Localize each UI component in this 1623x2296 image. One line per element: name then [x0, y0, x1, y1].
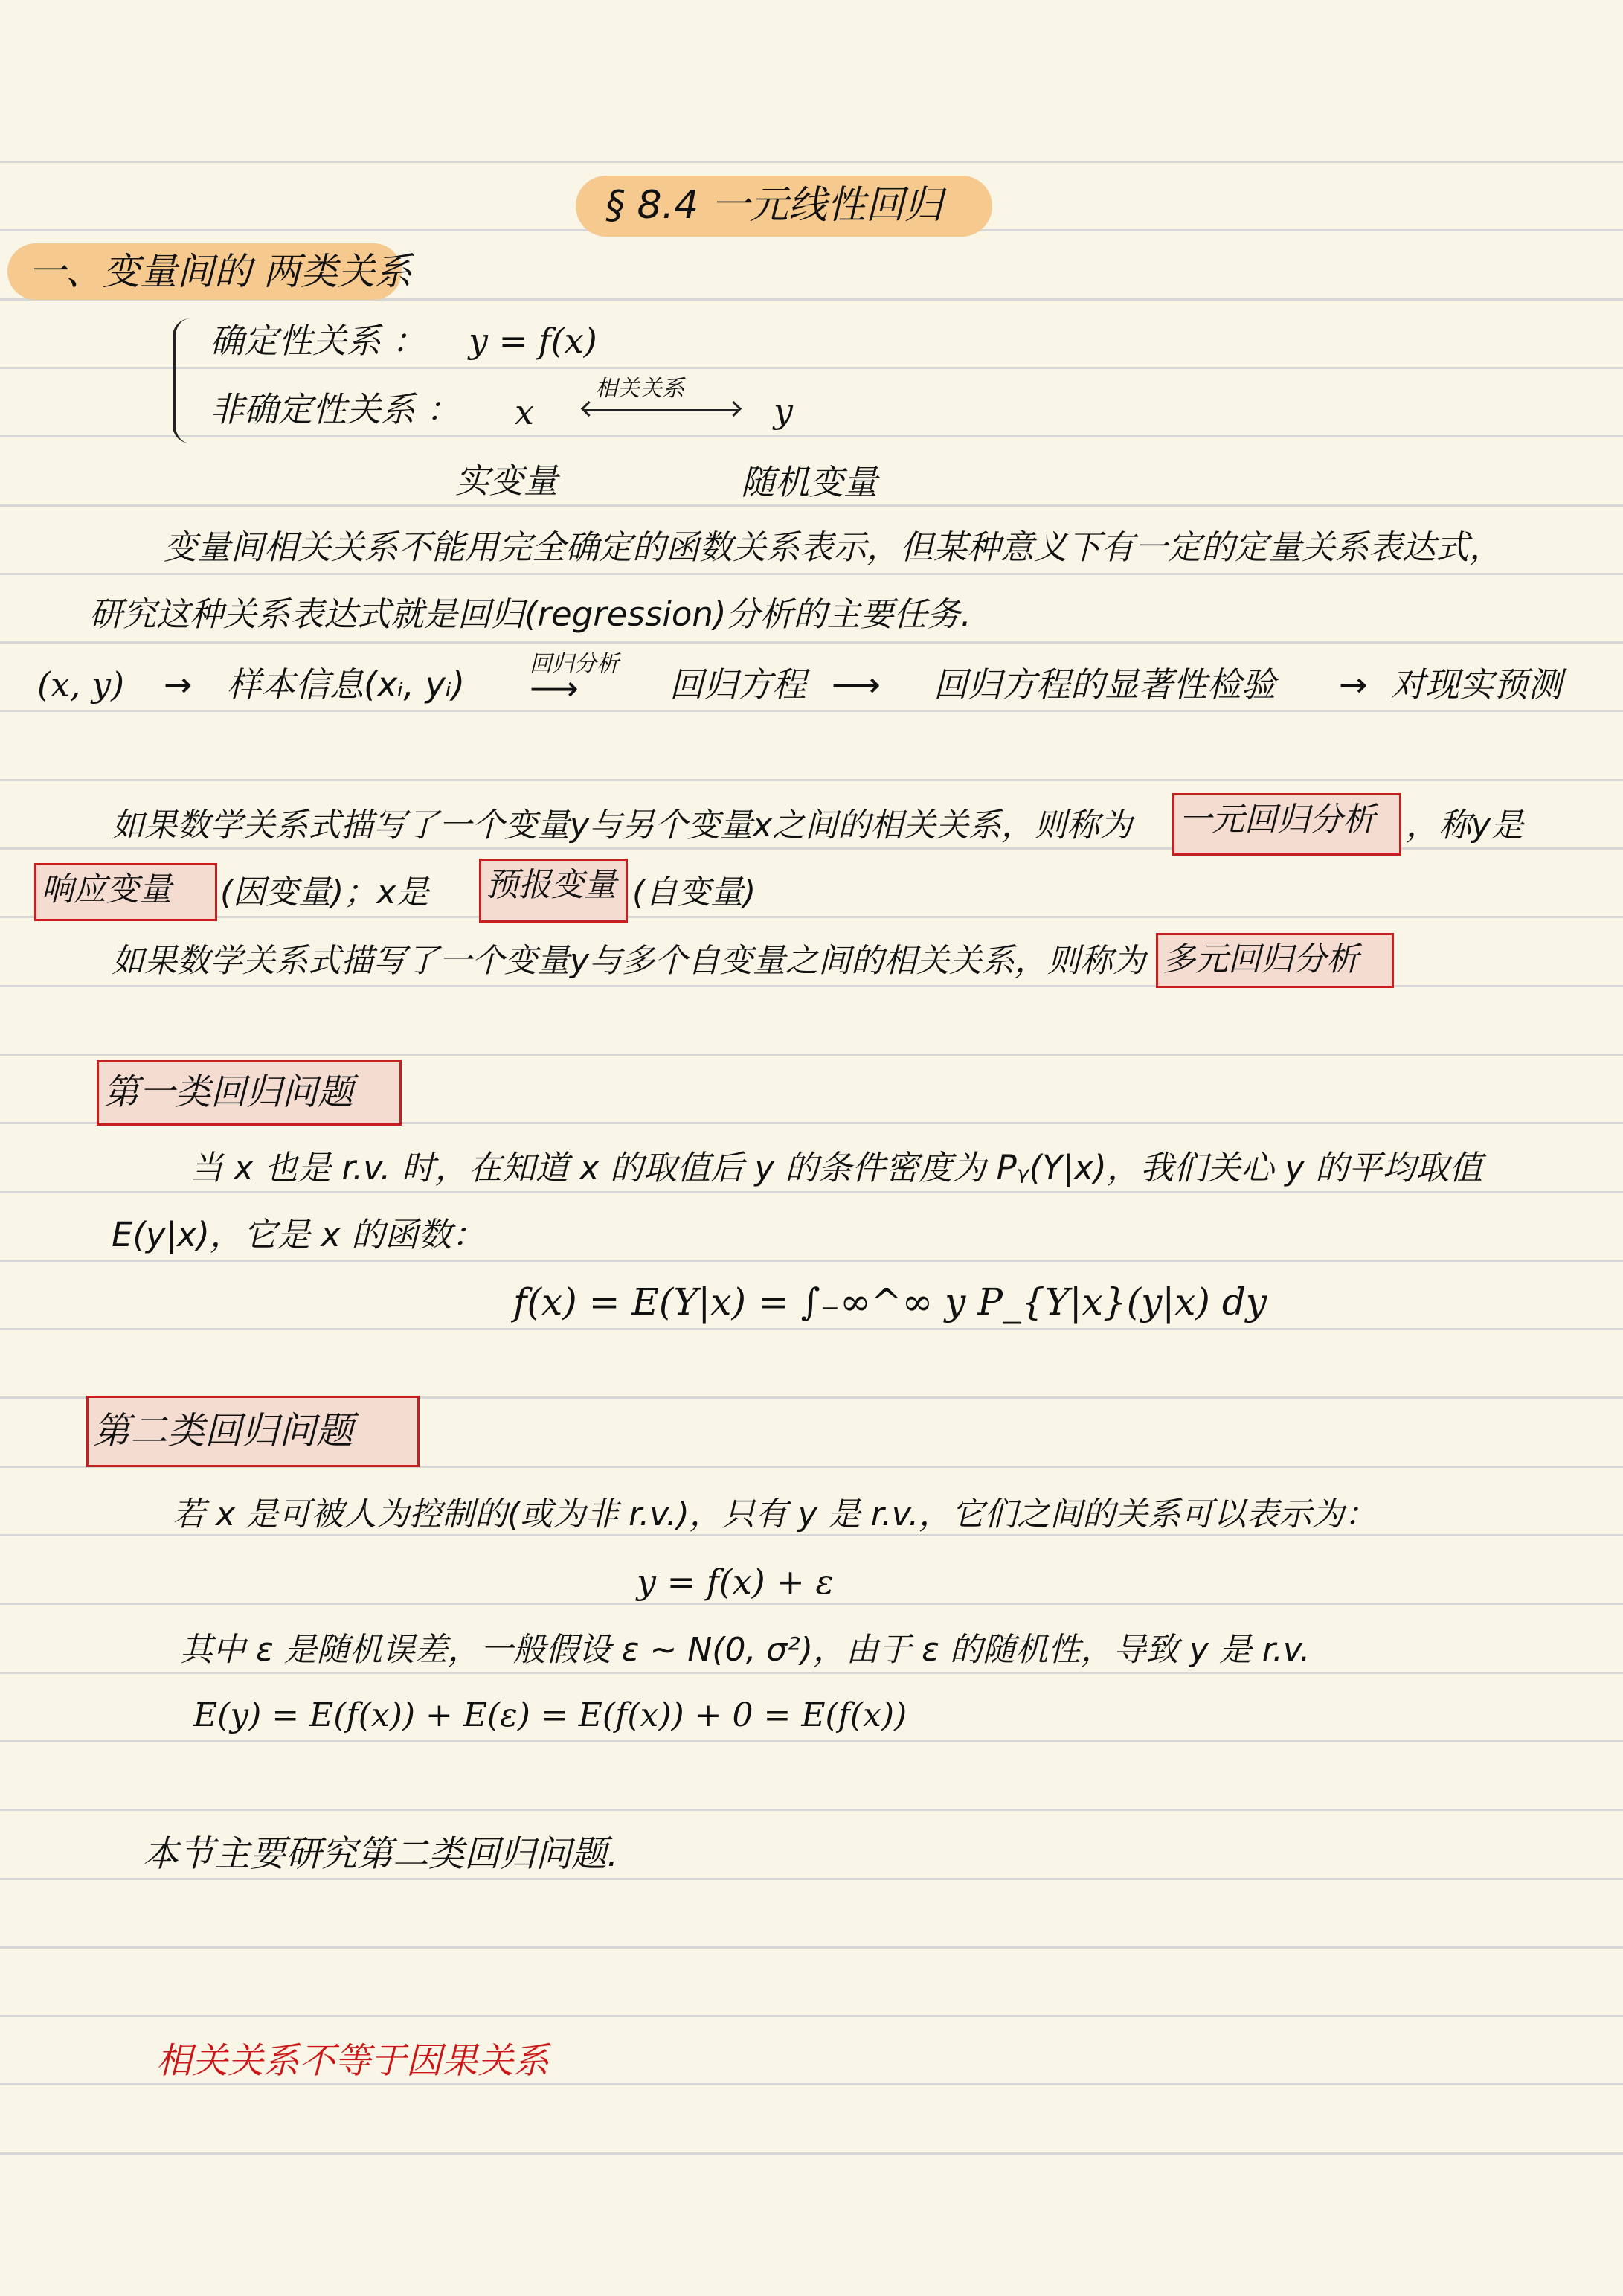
boxed-term-simple-regression: 一元回归分析 — [1172, 793, 1401, 856]
long-arrow-icon: ⟶ — [530, 666, 579, 711]
ruled-line — [0, 1328, 1623, 1330]
definition-line-1-tail: ，称y是 — [1406, 804, 1523, 848]
deterministic-formula: y = f(x) — [469, 318, 597, 363]
left-brace — [173, 318, 190, 443]
flow-prediction: 对现实预测 — [1391, 662, 1562, 707]
arrow-icon: → — [164, 662, 193, 707]
ruled-line — [0, 779, 1623, 781]
type2-line-2: 其中 ε 是随机误差，一般假设 ε ~ N(0, σ²)，由于 ε 的随机性，导… — [180, 1628, 1310, 1673]
double-arrow-icon — [585, 409, 738, 411]
type1-formula: f(x) = E(Y|x) = ∫₋∞^∞ y P_{Y|x}(y|x) dy — [513, 1280, 1267, 1324]
ruled-line — [0, 1260, 1623, 1262]
type2-heading: 第二类回归问题 — [89, 1398, 417, 1463]
boxed-term-predictor-variable: 预报变量 — [479, 859, 628, 923]
section-heading-highlight: 一、变量间的 两类关系 — [7, 243, 402, 300]
paragraph-line-2: 研究这种关系表达式就是回归(regression)分析的主要任务. — [89, 592, 971, 637]
x-caption: 实变量 — [455, 458, 558, 503]
type2-line-1: 若 x 是可被人为控制的(或为非 r.v.)，只有 y 是 r.v.，它们之间的… — [173, 1492, 1377, 1537]
type2-heading-box: 第二类回归问题 — [86, 1396, 420, 1467]
nondet-x: x — [515, 390, 534, 434]
definition-line-3: 如果数学关系式描写了一个变量y与多个自变量之间的相关关系，则称为 — [112, 939, 1145, 984]
long-arrow-icon: ⟶ — [832, 662, 881, 707]
boxed-term-text: 预报变量 — [481, 861, 626, 910]
ruled-line — [0, 916, 1623, 918]
flow-regression-equation: 回归方程 — [669, 662, 806, 707]
y-caption: 随机变量 — [741, 460, 878, 504]
paragraph-line-1: 变量间相关关系不能用完全确定的函数关系表示，但某种意义下有一定的定量关系表达式， — [164, 525, 1503, 570]
definition-line-2-tail: (自变量) — [632, 870, 756, 915]
type1-line-1: 当 x 也是 r.v. 时，在知道 x 的取值后 y 的条件密度为 Pᵧ(Y|x… — [190, 1146, 1482, 1190]
boxed-term-text: 多元回归分析 — [1158, 935, 1392, 984]
page-title: § 8.4 一元线性回归 — [576, 176, 992, 228]
flow-start: (x, y) — [37, 662, 124, 707]
ruled-line — [0, 1191, 1623, 1193]
ruled-line — [0, 2083, 1623, 2085]
section-heading: 一、变量间的 两类关系 — [7, 243, 402, 294]
boxed-term-multiple-regression: 多元回归分析 — [1156, 933, 1394, 988]
ruled-line — [0, 573, 1623, 575]
type1-heading: 第一类回归问题 — [99, 1062, 399, 1122]
type2-expectation: E(y) = E(f(x)) + E(ε) = E(f(x)) + 0 = E(… — [193, 1693, 907, 1738]
definition-line-1: 如果数学关系式描写了一个变量y与另个变量x之间的相关关系，则称为 — [112, 804, 1132, 848]
nondet-y: y — [774, 388, 793, 433]
flow-significance-test: 回归方程的显著性检验 — [933, 662, 1276, 707]
ruled-line — [0, 1054, 1623, 1056]
page-title-highlight: § 8.4 一元线性回归 — [576, 176, 992, 237]
ruled-line — [0, 435, 1623, 437]
type1-heading-box: 第一类回归问题 — [97, 1060, 402, 1126]
ruled-line — [0, 710, 1623, 712]
ruled-line — [0, 1809, 1623, 1811]
ruled-line — [0, 2015, 1623, 2017]
deterministic-label: 确定性关系 ： — [210, 318, 426, 363]
ruled-line — [0, 161, 1623, 163]
arrow-icon: → — [1339, 662, 1368, 707]
boxed-term-response-variable: 响应变量 — [34, 863, 217, 921]
ruled-line — [0, 1946, 1623, 1949]
type1-line-2: E(y|x)，它是 x 的函数： — [112, 1213, 485, 1257]
correlation-arrow-label: 相关关系 — [595, 376, 684, 403]
ruled-line — [0, 367, 1623, 369]
summary-line: 本节主要研究第二类回归问题. — [143, 1832, 618, 1876]
flow-sample-info: 样本信息(xᵢ, yᵢ) — [227, 662, 465, 707]
type2-formula: y = f(x) + ε — [637, 1559, 834, 1604]
ruled-line — [0, 1740, 1623, 1742]
ruled-line — [0, 2152, 1623, 2155]
red-note: 相关关系不等于因果关系 — [156, 2039, 549, 2083]
ruled-line — [0, 1878, 1623, 1880]
definition-line-2-mid: (因变量)；x是 — [220, 870, 428, 915]
boxed-term-text: 响应变量 — [36, 865, 215, 914]
boxed-term-text: 一元回归分析 — [1174, 795, 1399, 844]
ruled-line — [0, 641, 1623, 644]
nondeterministic-label: 非确定性关系 ： — [210, 387, 460, 432]
